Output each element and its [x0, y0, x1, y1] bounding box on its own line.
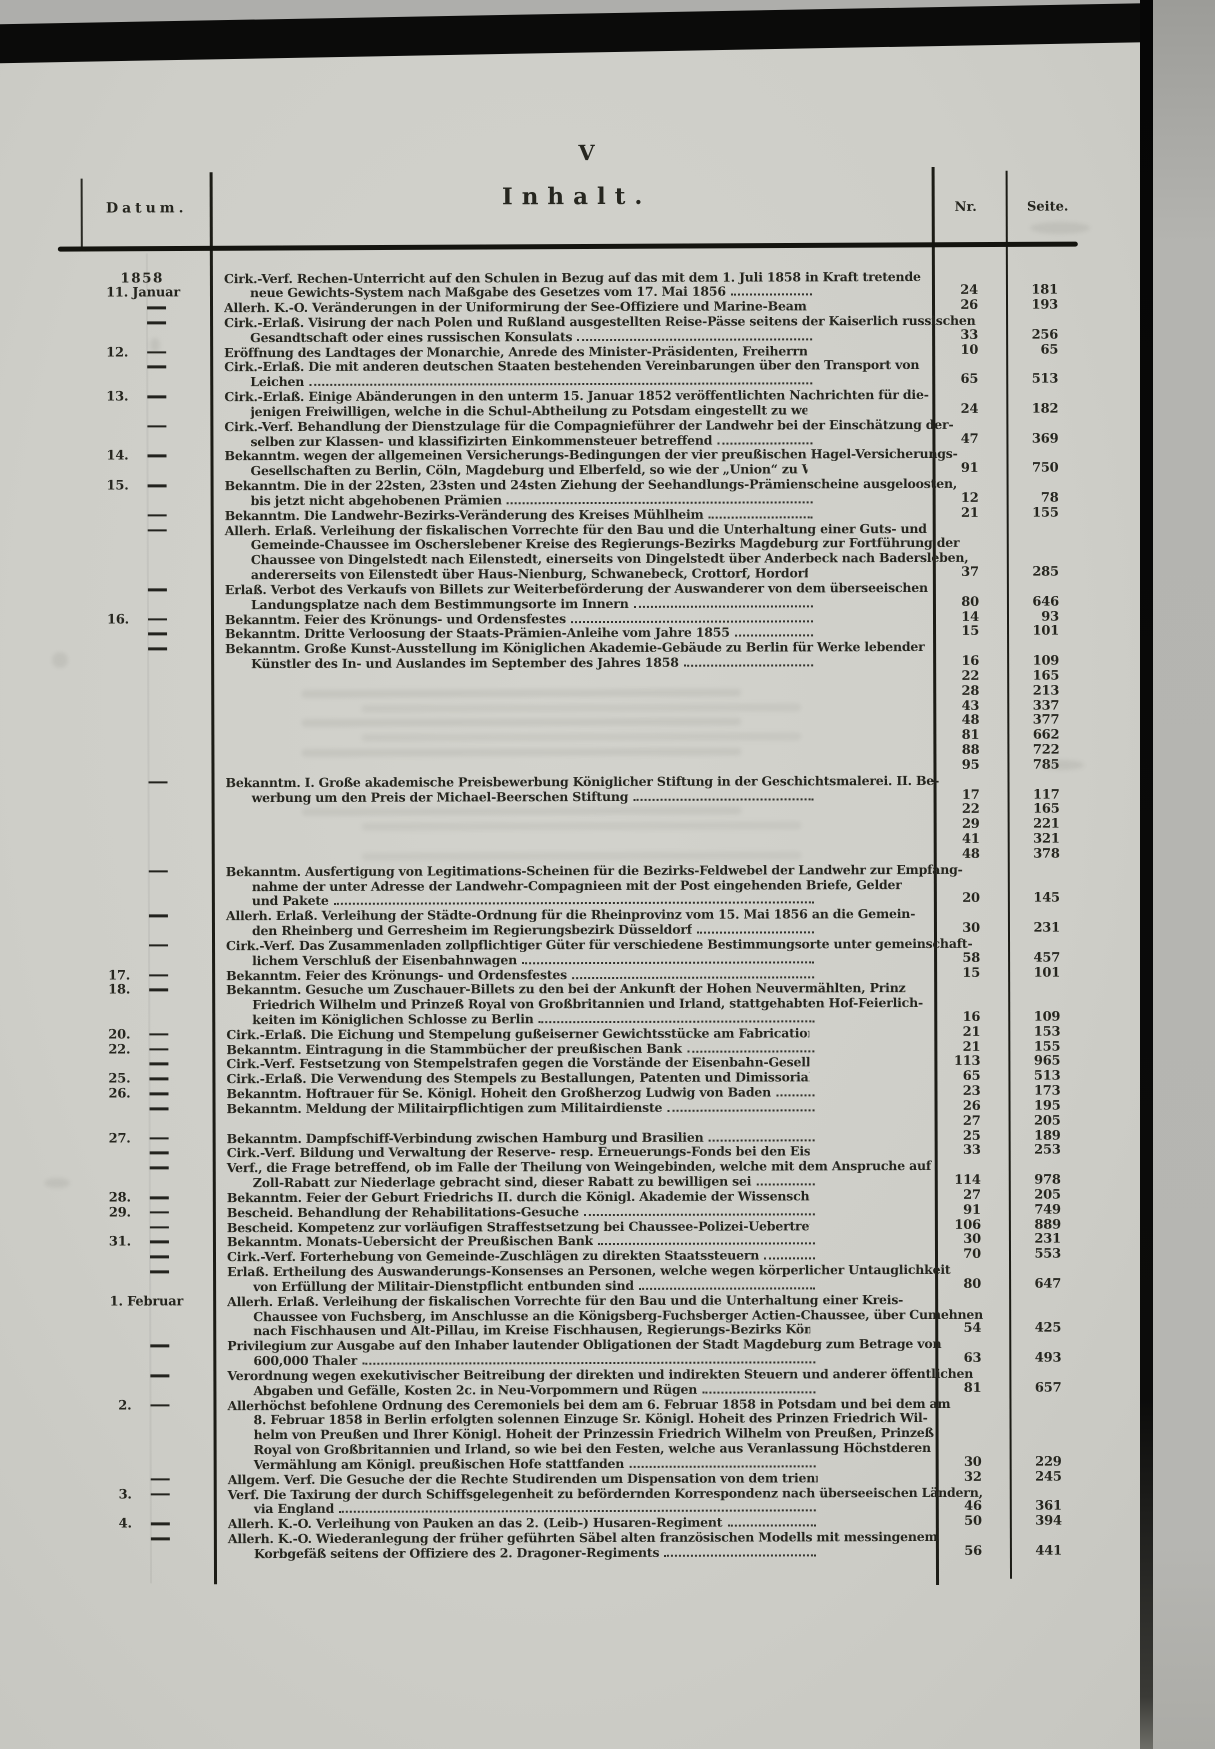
- nr-value: 24: [934, 402, 978, 417]
- entry-text: keiten im Königlichen Schlosse zu Berlin: [252, 1011, 533, 1027]
- date-label: 1. Februar: [43, 1294, 183, 1309]
- seite-value: 109: [1010, 1010, 1060, 1025]
- nr-value: 65: [936, 1069, 980, 1084]
- dot-leader: [702, 1391, 815, 1393]
- ditto-dash: [149, 1048, 168, 1051]
- column-header-nr: Nr.: [934, 200, 998, 215]
- ditto-dash: [149, 1078, 168, 1081]
- dot-leader: [639, 1287, 815, 1290]
- dot-leader: [598, 1243, 815, 1246]
- table-of-contents: V Datum. Inhalt. Nr. Seite. 1858Cirk.-Ve…: [0, 0, 1215, 1749]
- nr-value: 50: [938, 1514, 982, 1529]
- date-label: 27.: [43, 1131, 131, 1146]
- nr-value: 81: [937, 1381, 981, 1396]
- seite-value: 889: [1011, 1217, 1061, 1232]
- seite-value: 978: [1011, 1173, 1061, 1188]
- nr-value: 81: [935, 728, 979, 743]
- nr-value: 21: [936, 1039, 980, 1054]
- seite-value: 189: [1011, 1128, 1061, 1143]
- nr-value: 106: [937, 1217, 981, 1232]
- nr-value: 65: [934, 372, 978, 387]
- date-label: 16.: [41, 612, 129, 627]
- seite-value: 205: [1011, 1188, 1061, 1203]
- seite-value: 377: [1009, 713, 1059, 728]
- seite-value: 195: [1011, 1099, 1061, 1114]
- dot-leader: [764, 1258, 815, 1260]
- entry-text: Abgaben und Gefälle, Kosten 2c. in Neu-V…: [253, 1381, 697, 1397]
- dot-leader: [577, 338, 812, 341]
- dot-leader: [776, 1094, 814, 1096]
- seite-value: 750: [1009, 461, 1059, 476]
- ditto-dash: [149, 915, 168, 918]
- date-label: 15.: [41, 479, 129, 494]
- entry-text: Bekanntm. Feier des Krönungs- und Ordens…: [225, 611, 566, 627]
- page-number: V: [552, 140, 622, 165]
- entry-text: neue Gewichts-System nach Maßgabe des Ge…: [250, 284, 726, 300]
- ditto-dash: [150, 1107, 169, 1110]
- entry-text: Korbgefäß seitens der Offiziere des 2. D…: [254, 1545, 659, 1561]
- ditto-dash: [147, 395, 166, 398]
- entry-text: Künstler des In- und Auslandes im Septem…: [251, 655, 679, 671]
- nr-value: 30: [937, 1232, 981, 1247]
- entry-text: Bekanntm. Eintragung in die Stammbücher …: [226, 1040, 682, 1056]
- seite-value: 493: [1011, 1351, 1061, 1366]
- entry-text: und Pakete: [252, 893, 329, 908]
- ditto-dash: [149, 870, 168, 873]
- seite-value: 65: [1008, 342, 1058, 357]
- nr-value: 91: [937, 1203, 981, 1218]
- entry-text: Bekanntm. Die Landwehr-Bezirks-Veränderu…: [225, 506, 704, 523]
- ditto-dash: [150, 1167, 169, 1170]
- entry-text: Bekanntm. Meldung der Militairpflichtige…: [227, 1100, 663, 1116]
- date-label: 28.: [43, 1190, 131, 1205]
- ditto-dash: [148, 618, 167, 621]
- ditto-dash: [149, 1033, 168, 1036]
- nr-value: 88: [935, 743, 979, 758]
- dot-leader: [727, 1525, 815, 1527]
- date-label: 25.: [42, 1072, 130, 1087]
- nr-value: 80: [935, 595, 979, 610]
- ditto-dash: [150, 1196, 169, 1199]
- seite-value: 153: [1010, 1024, 1060, 1039]
- entry-text: Landungsplatze nach dem Bestimmungsorte …: [251, 596, 629, 612]
- nr-value: 26: [934, 298, 978, 313]
- dot-leader: [717, 442, 812, 444]
- seite-value: 173: [1010, 1084, 1060, 1099]
- seite-value: 425: [1011, 1321, 1061, 1336]
- nr-value: 91: [935, 461, 979, 476]
- date-label: 13.: [40, 390, 128, 405]
- nr-value: 37: [935, 565, 979, 580]
- seite-value: 101: [1010, 965, 1060, 980]
- ditto-dash: [150, 1137, 169, 1140]
- ditto-dash: [148, 648, 167, 651]
- nr-value: 56: [938, 1544, 982, 1559]
- nr-value: 24: [934, 283, 978, 298]
- nr-value: 63: [937, 1351, 981, 1366]
- dot-leader: [539, 1020, 815, 1023]
- nr-value: 80: [937, 1277, 981, 1292]
- dot-leader: [687, 1050, 814, 1052]
- date-label: 26.: [42, 1087, 130, 1102]
- scan-artifact: [44, 1178, 70, 1188]
- nr-value: 95: [935, 758, 979, 773]
- scan-artifact: [150, 338, 160, 352]
- dot-leader: [522, 961, 814, 964]
- dot-leader: [709, 516, 813, 518]
- nr-value: 16: [936, 1010, 980, 1025]
- seite-value: 513: [1008, 372, 1058, 387]
- entry-text: Leichen: [250, 374, 304, 389]
- seite-value: 662: [1009, 728, 1059, 743]
- nr-value: 43: [935, 698, 979, 713]
- nr-value: 21: [935, 506, 979, 521]
- seite-value: 722: [1009, 743, 1059, 758]
- dot-leader: [334, 902, 814, 906]
- dot-leader: [571, 620, 813, 623]
- seite-value: 361: [1012, 1499, 1062, 1514]
- ditto-dash: [147, 455, 166, 458]
- nr-value: 15: [936, 965, 980, 980]
- nr-value: 30: [938, 1455, 982, 1470]
- nr-value: 15: [935, 624, 979, 639]
- ditto-dash: [147, 366, 166, 369]
- dot-leader: [756, 1183, 815, 1185]
- ditto-dash: [148, 633, 167, 636]
- dot-leader: [507, 501, 813, 504]
- entry-text: von Erfüllung der Militair-Dienstpflicht…: [253, 1278, 634, 1294]
- nr-value: 25: [937, 1128, 981, 1143]
- date-label: 20.: [42, 1027, 130, 1042]
- dot-leader: [664, 1554, 816, 1556]
- entry-text: via England: [254, 1501, 334, 1516]
- ditto-dash: [150, 1226, 169, 1229]
- ditto-dash: [149, 781, 168, 784]
- seite-value: 78: [1009, 490, 1059, 505]
- entry-text: Bekanntm. Feier des Krönungs- und Ordens…: [226, 967, 567, 983]
- nr-value: 16: [935, 654, 979, 669]
- seite-value: 749: [1011, 1202, 1061, 1217]
- date-label: 4.: [44, 1517, 132, 1532]
- date-label: 2.: [43, 1398, 131, 1413]
- seite-value: 231: [1011, 1232, 1061, 1247]
- entry-text: Bescheid. Behandlung der Rehabilitations…: [227, 1204, 579, 1220]
- nr-value: 58: [936, 950, 980, 965]
- seite-value: 646: [1009, 594, 1059, 609]
- ditto-dash: [150, 1211, 169, 1214]
- seite-value: 245: [1012, 1469, 1062, 1484]
- ditto-dash: [148, 529, 167, 532]
- seite-value: 101: [1009, 624, 1059, 639]
- seite-value: 253: [1011, 1143, 1061, 1158]
- dot-leader: [362, 1361, 815, 1364]
- ditto-dash: [148, 514, 167, 517]
- ditto-dash: [150, 1345, 169, 1348]
- seite-value: 337: [1009, 698, 1059, 713]
- date-label: 14.: [40, 449, 128, 464]
- dot-leader: [735, 635, 813, 637]
- seite-value: 457: [1010, 950, 1060, 965]
- seite-value: 213: [1009, 683, 1059, 698]
- dot-leader: [633, 798, 813, 801]
- nr-value: 21: [936, 1025, 980, 1040]
- nr-value: 22: [936, 802, 980, 817]
- seite-value: 231: [1010, 921, 1060, 936]
- nr-value: 27: [937, 1188, 981, 1203]
- seite-value: 155: [1010, 1039, 1060, 1054]
- ditto-dash: [151, 1523, 170, 1526]
- dot-leader: [634, 605, 813, 608]
- entry-text: Bekanntm. Monats-Uebersicht der Preußisc…: [227, 1233, 593, 1249]
- entry-text: 600,000 Thaler: [253, 1353, 357, 1368]
- dot-leader: [667, 1109, 814, 1111]
- seite-value: 394: [1012, 1514, 1062, 1529]
- seite-value: 109: [1009, 654, 1059, 669]
- nr-value: 48: [935, 713, 979, 728]
- ditto-dash: [149, 944, 168, 947]
- ditto-dash: [149, 974, 168, 977]
- date-label: 31.: [43, 1235, 131, 1250]
- entry-text: Bekanntm. Dampfschiff-Verbindung zwische…: [227, 1129, 704, 1145]
- seite-value: 182: [1008, 402, 1058, 417]
- nr-value: 10: [934, 342, 978, 357]
- nr-value: 48: [936, 847, 980, 862]
- dot-leader: [572, 976, 814, 979]
- column-header-seite: Seite.: [1006, 199, 1090, 214]
- seite-value: 647: [1011, 1276, 1061, 1291]
- nr-value: 41: [936, 832, 980, 847]
- seite-value: 193: [1008, 298, 1058, 313]
- ditto-dash: [147, 321, 166, 324]
- nr-value: 32: [938, 1470, 982, 1485]
- scan-artifact: [52, 652, 68, 668]
- date-label: 12.: [40, 345, 128, 360]
- ditto-dash: [150, 1256, 169, 1259]
- entry-text: den Rheinberg und Gerresheim im Regierun…: [252, 922, 692, 938]
- scan-artifact: [1030, 222, 1090, 234]
- ditto-dash: [148, 588, 167, 591]
- date-label: 17.: [42, 968, 130, 983]
- entry-text: Gesandtschaft oder eines russischen Kons…: [250, 329, 572, 345]
- seite-value: 165: [1009, 668, 1059, 683]
- nr-value: 70: [937, 1247, 981, 1262]
- nr-value: 27: [937, 1114, 981, 1129]
- nr-value: 22: [935, 669, 979, 684]
- nr-value: 17: [936, 787, 980, 802]
- dot-leader: [731, 294, 812, 296]
- seite-value: 657: [1011, 1380, 1061, 1395]
- dot-leader: [629, 1465, 815, 1468]
- seite-value: 155: [1009, 505, 1059, 520]
- scan-artifact: [1040, 760, 1084, 770]
- nr-value: 30: [936, 921, 980, 936]
- seite-value: 181: [1008, 283, 1058, 298]
- ditto-dash: [151, 1537, 170, 1540]
- nr-value: 14: [935, 609, 979, 624]
- dot-leader: [309, 383, 812, 387]
- nr-value: 113: [936, 1054, 980, 1069]
- seite-value: 553: [1011, 1247, 1061, 1262]
- ditto-dash: [149, 989, 168, 992]
- entry-text: bis jetzt nicht abgehobenen Prämien: [251, 492, 502, 508]
- nr-value: 28: [935, 684, 979, 699]
- entry-text: lichem Verschluß der Eisenbahnwagen: [252, 952, 517, 968]
- date-label: 1858: [40, 271, 164, 286]
- seite-value: 165: [1010, 802, 1060, 817]
- column-header-inhalt: Inhalt.: [230, 182, 924, 211]
- seite-value: 441: [1012, 1543, 1062, 1558]
- nr-value: 26: [937, 1099, 981, 1114]
- ditto-dash: [147, 307, 166, 310]
- nr-value: 33: [934, 328, 978, 343]
- seite-value: 93: [1009, 609, 1059, 624]
- nr-value: 47: [934, 431, 978, 446]
- ditto-dash: [150, 1241, 169, 1244]
- seite-value: 321: [1010, 832, 1060, 847]
- dot-leader: [708, 1139, 814, 1141]
- seite-value: 285: [1009, 565, 1059, 580]
- ditto-dash: [150, 1270, 169, 1273]
- ditto-dash: [151, 1478, 170, 1481]
- ditto-dash: [147, 425, 166, 428]
- nr-value: 20: [936, 891, 980, 906]
- dot-leader: [684, 664, 813, 666]
- nr-value: 114: [937, 1173, 981, 1188]
- date-label: 18.: [42, 983, 130, 998]
- dot-leader: [697, 931, 814, 933]
- dot-leader: [339, 1510, 816, 1513]
- nr-value: 29: [936, 817, 980, 832]
- seite-value: 378: [1010, 846, 1060, 861]
- date-label: 3.: [44, 1487, 132, 1502]
- ditto-dash: [150, 1404, 169, 1407]
- seite-value: 221: [1010, 817, 1060, 832]
- seite-value: 117: [1010, 787, 1060, 802]
- entry-text: Vermählung am Königl. preußischen Hofe s…: [254, 1456, 625, 1472]
- seite-value: 965: [1010, 1054, 1060, 1069]
- nr-value: 23: [936, 1084, 980, 1099]
- entry-text: selben zur Klassen- und klassifizirten E…: [250, 432, 712, 448]
- seite-value: 205: [1011, 1113, 1061, 1128]
- seite-value: 256: [1008, 327, 1058, 342]
- entry-text: werbung um den Preis der Michael-Beersch…: [252, 788, 629, 804]
- ditto-dash: [149, 1063, 168, 1066]
- ditto-dash: [151, 1493, 170, 1496]
- date-label: 22.: [42, 1042, 130, 1057]
- seite-value: 369: [1008, 431, 1058, 446]
- ditto-dash: [149, 1093, 168, 1096]
- table-rule-left: [81, 179, 83, 251]
- ditto-dash: [150, 1152, 169, 1155]
- seite-value: 229: [1012, 1454, 1062, 1469]
- nr-value: 54: [937, 1321, 981, 1336]
- ditto-dash: [150, 1374, 169, 1377]
- date-label: 11. Januar: [40, 286, 180, 301]
- nr-value: 46: [938, 1499, 982, 1514]
- nr-value: 33: [937, 1143, 981, 1158]
- dot-leader: [584, 1213, 815, 1216]
- seite-value: 145: [1010, 891, 1060, 906]
- ditto-dash: [148, 484, 167, 487]
- date-label: 29.: [43, 1205, 131, 1220]
- nr-value: 12: [935, 491, 979, 506]
- seite-value: 513: [1010, 1069, 1060, 1084]
